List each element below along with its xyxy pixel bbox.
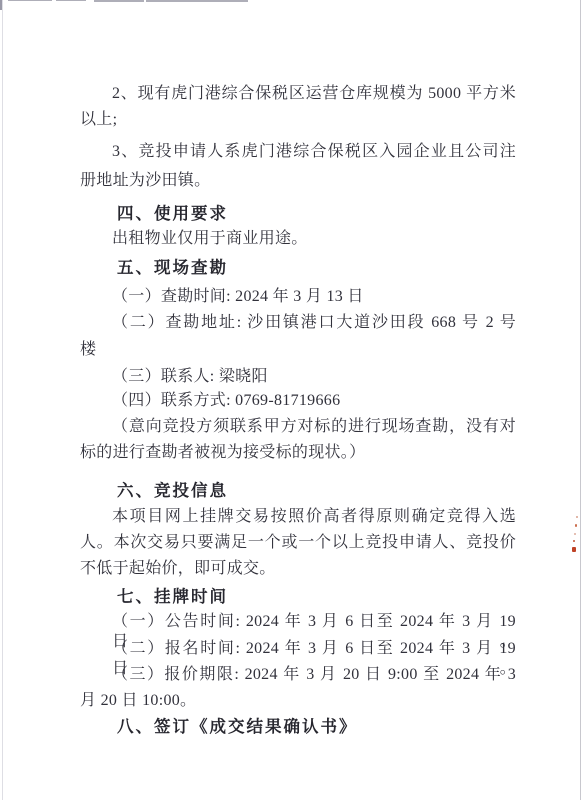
- para-applicant-requirement-line2: 册地址为沙田镇。: [80, 171, 516, 191]
- item-quotation-period-line2: 月 20 日 10:00。: [80, 691, 516, 711]
- para-usage: 出租物业仅用于商业用途。: [112, 229, 516, 249]
- note-survey-line1: （意向竞投方须联系甲方对标的进行现场查勘，没有对: [112, 417, 516, 437]
- item-quotation-period-line1: （三）报价期限: 2024 年 3 月 20 日 9:00 至 2024 年 3: [112, 665, 516, 685]
- para-bidding-line2: 人。本次交易只要满足一个或一个以上竞投申请人、竞投价: [80, 533, 516, 553]
- scan-speck: [572, 547, 576, 552]
- para-warehouse-scale-line1: 2、现有虎门港综合保税区运营仓库规模为 5000 平方米: [112, 84, 516, 104]
- scan-speck: [573, 540, 575, 542]
- heading-bidding-info: 六、竞投信息: [117, 481, 516, 501]
- scan-speck: [575, 524, 577, 527]
- top-crop-line: [56, 0, 86, 1]
- top-crop-line: [146, 0, 248, 2]
- top-crop-line: [8, 0, 52, 1]
- para-warehouse-scale-line2: 以上;: [80, 110, 516, 130]
- item-contact-person: （三）联系人: 梁晓阳: [112, 367, 516, 387]
- heading-usage-requirements: 四、使用要求: [117, 204, 516, 224]
- para-bidding-line3: 不低于起始价，即可成交。: [80, 559, 516, 579]
- item-survey-time: （一）查勘时间: 2024 年 3 月 13 日: [112, 287, 516, 307]
- right-page-edge-line: [580, 0, 581, 800]
- item-contact-number: （四）联系方式: 0769-81719666: [112, 391, 516, 411]
- top-crop-line: [94, 0, 144, 2]
- document-page: 2、现有虎门港综合保税区运营仓库规模为 5000 平方米 以上; 3、竞投申请人…: [0, 0, 584, 800]
- para-applicant-requirement-line1: 3、竞投申请人系虎门港综合保税区入园企业且公司注: [112, 142, 516, 162]
- item-survey-address-line2: 楼: [80, 340, 516, 360]
- item-survey-address-line1: （二）查勘地址: 沙田镇港口大道沙田段 668 号 2 号: [112, 313, 516, 333]
- scan-speck: [574, 533, 576, 535]
- para-bidding-line1: 本项目网上挂牌交易按照价高者得原则确定竞得入选: [112, 507, 516, 527]
- note-survey-line2: 标的进行查勘者被视为接受标的现状。）: [80, 443, 516, 463]
- left-page-edge-line: [2, 0, 3, 800]
- scan-speck: [576, 516, 578, 518]
- heading-site-survey: 五、现场查勘: [117, 258, 516, 278]
- heading-confirmation-letter: 八、签订《成交结果确认书》: [117, 717, 516, 737]
- heading-listing-time: 七、挂牌时间: [117, 587, 516, 607]
